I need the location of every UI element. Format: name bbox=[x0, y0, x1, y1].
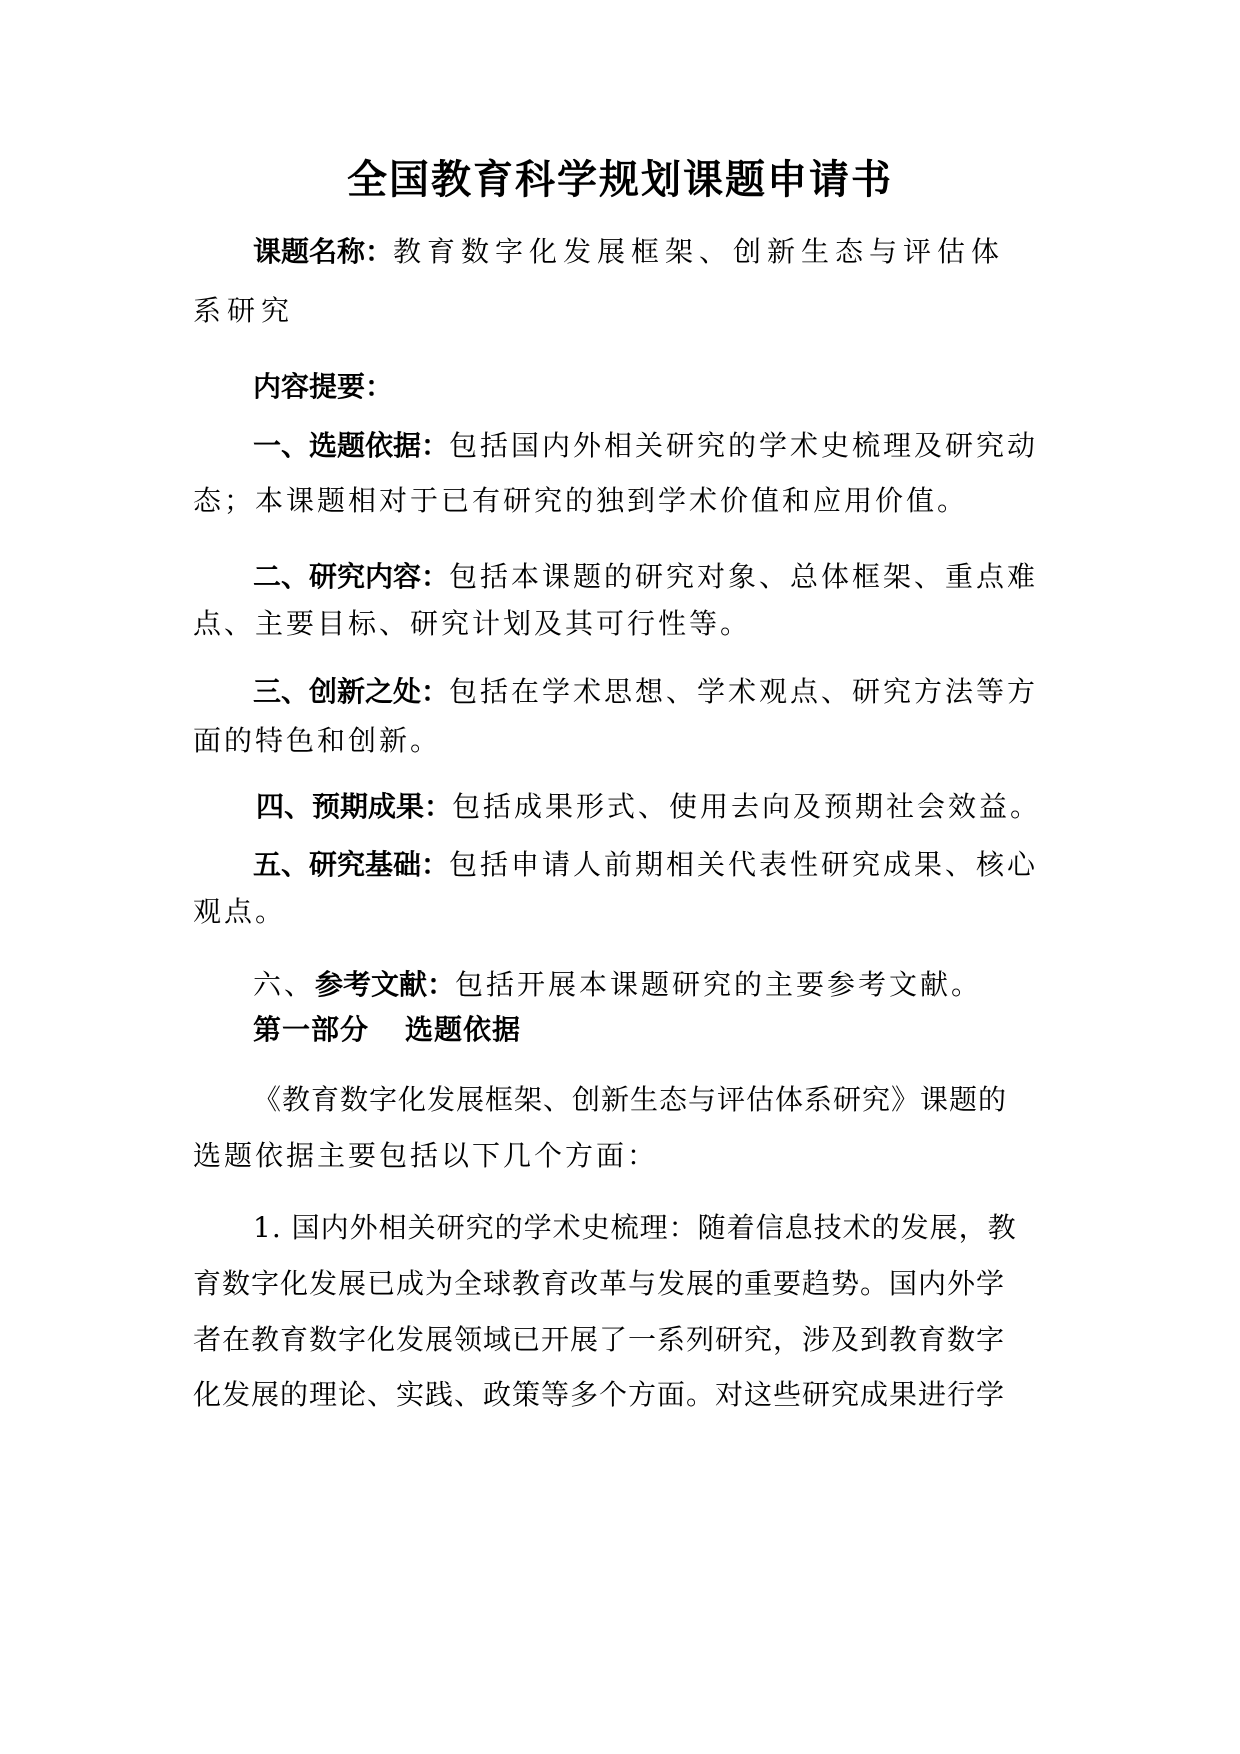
part1-point1-line-3: 者在教育数字化发展领域已开展了一系列研究，涉及到教育数字 bbox=[193, 1322, 1053, 1358]
summary-item-3-line-1: 三、创新之处：包括在学术思想、学术观点、研究方法等方 bbox=[253, 674, 1053, 710]
summary-item-1-label: 选题依据： bbox=[309, 429, 449, 462]
part1-point1-line-1: 1. 国内外相关研究的学术史梳理：随着信息技术的发展，教 bbox=[253, 1210, 1053, 1246]
part1-intro-line-2: 选题依据主要包括以下几个方面： bbox=[193, 1138, 1053, 1174]
part1-point1-line-4: 化发展的理论、实践、政策等多个方面。对这些研究成果进行学 bbox=[193, 1377, 1053, 1413]
summary-item-3-label: 创新之处： bbox=[309, 675, 449, 708]
summary-item-5-number: 五、 bbox=[253, 848, 309, 881]
part1-heading-part: 第一部分 bbox=[253, 1013, 369, 1046]
summary-item-5-line-2: 观点。 bbox=[193, 894, 1053, 930]
summary-item-5-label: 研究基础： bbox=[309, 848, 449, 881]
summary-item-2-line-2: 点、主要目标、研究计划及其可行性等。 bbox=[193, 606, 1053, 642]
part1-heading-title: 选题依据 bbox=[405, 1013, 521, 1046]
summary-item-4-text: 包括成果形式、使用去向及预期社会效益。 bbox=[452, 790, 1041, 823]
summary-item-6-text: 包括开展本课题研究的主要参考文献。 bbox=[455, 968, 982, 1001]
summary-item-6-number: 六、 bbox=[253, 968, 315, 1001]
summary-item-4-number: 四、 bbox=[256, 790, 312, 823]
subject-title-text: 教育数字化发展框架、创新生态与评估体 bbox=[393, 235, 1005, 268]
summary-item-1-line-2: 态；本课题相对于已有研究的独到学术价值和应用价值。 bbox=[193, 483, 1053, 519]
subject-label: 课题名称： bbox=[253, 235, 393, 268]
summary-item-4-line-1: 四、预期成果：包括成果形式、使用去向及预期社会效益。 bbox=[256, 789, 1056, 825]
summary-item-1-text: 包括国内外相关研究的学术史梳理及研究动 bbox=[449, 429, 1038, 462]
part1-heading: 第一部分选题依据 bbox=[253, 1012, 1053, 1048]
summary-heading: 内容提要： bbox=[253, 369, 1053, 405]
document-title: 全国教育科学规划课题申请书 bbox=[0, 155, 1240, 205]
summary-item-4-label: 预期成果： bbox=[312, 790, 452, 823]
summary-item-3-line-2: 面的特色和创新。 bbox=[193, 723, 1053, 759]
document-page: 全国教育科学规划课题申请书 课题名称：教育数字化发展框架、创新生态与评估体 系研… bbox=[0, 0, 1240, 1754]
summary-item-2-line-1: 二、研究内容：包括本课题的研究对象、总体框架、重点难 bbox=[253, 559, 1053, 595]
summary-item-6-line-1: 六、参考文献：包括开展本课题研究的主要参考文献。 bbox=[253, 967, 1053, 1003]
subject-line-1: 课题名称：教育数字化发展框架、创新生态与评估体 bbox=[253, 234, 1053, 270]
part1-intro-line-1: 《教育数字化发展框架、创新生态与评估体系研究》课题的 bbox=[253, 1082, 1053, 1118]
summary-item-6-label: 参考文献： bbox=[315, 968, 455, 1001]
summary-item-1-number: 一、 bbox=[253, 429, 309, 462]
summary-item-5-text: 包括申请人前期相关代表性研究成果、核心 bbox=[449, 848, 1038, 881]
summary-item-3-number: 三、 bbox=[253, 675, 309, 708]
summary-item-1-line-1: 一、选题依据：包括国内外相关研究的学术史梳理及研究动 bbox=[253, 428, 1053, 464]
summary-item-3-text: 包括在学术思想、学术观点、研究方法等方 bbox=[449, 675, 1038, 708]
summary-item-2-number: 二、 bbox=[253, 560, 309, 593]
summary-item-2-text: 包括本课题的研究对象、总体框架、重点难 bbox=[449, 560, 1038, 593]
subject-line-2: 系研究 bbox=[193, 293, 1053, 329]
part1-point1-line-2: 育数字化发展已成为全球教育改革与发展的重要趋势。国内外学 bbox=[193, 1266, 1053, 1302]
summary-item-2-label: 研究内容： bbox=[309, 560, 449, 593]
summary-item-5-line-1: 五、研究基础：包括申请人前期相关代表性研究成果、核心 bbox=[253, 847, 1053, 883]
